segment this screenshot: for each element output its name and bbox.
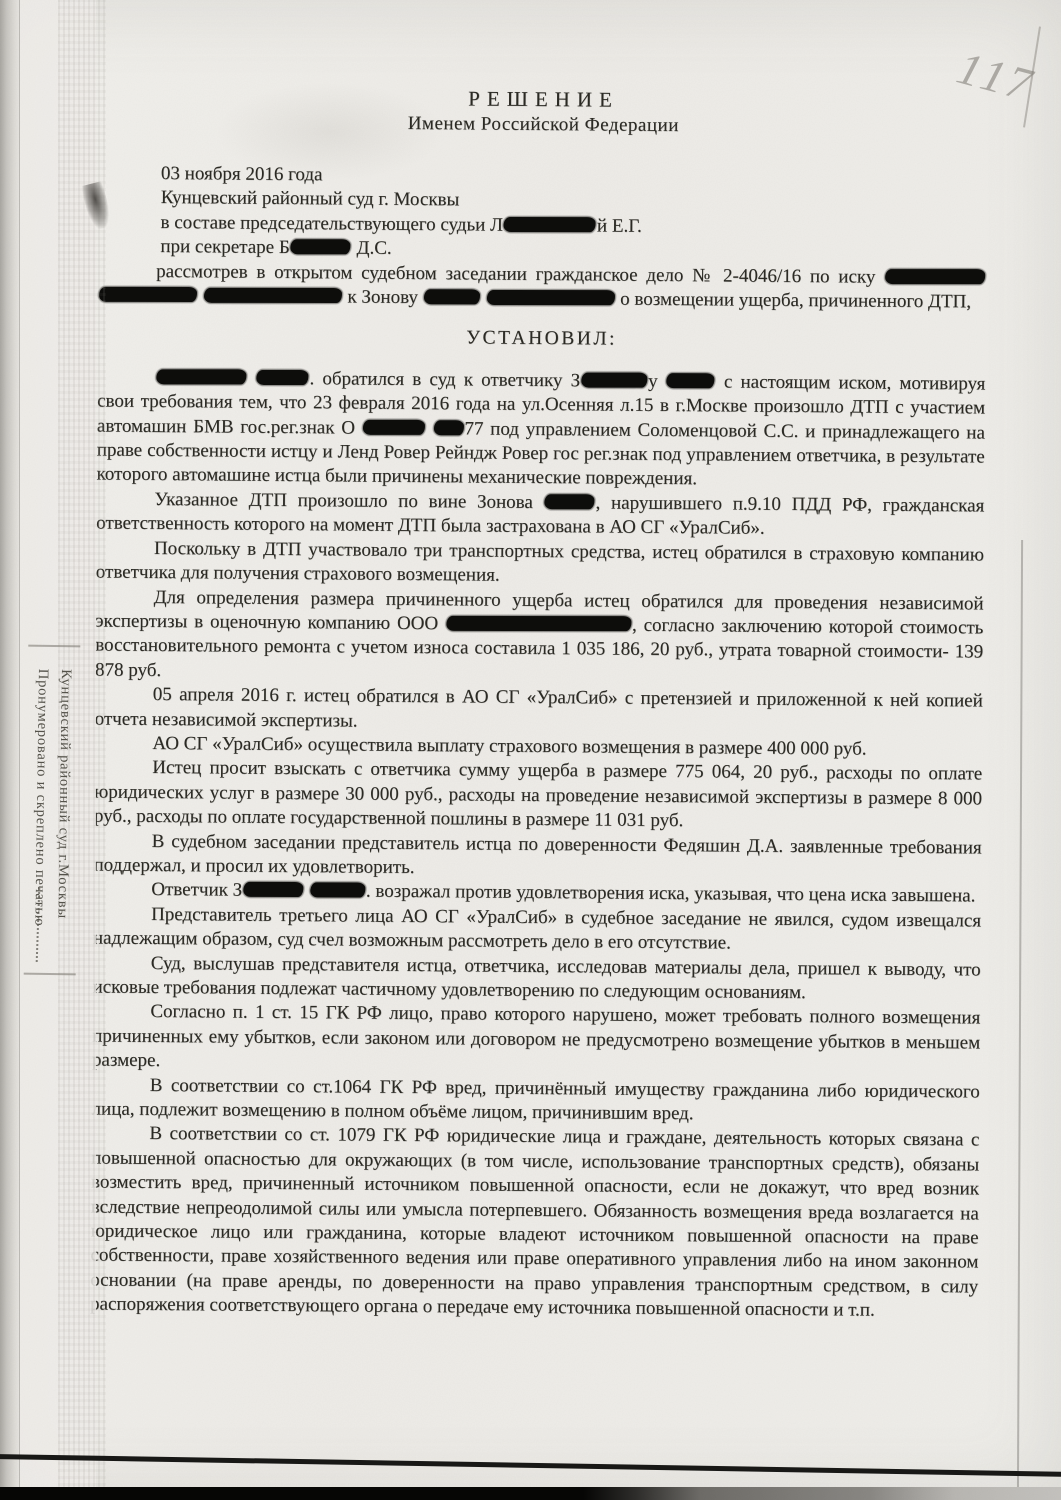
redaction-bar bbox=[504, 217, 596, 232]
redaction-bar bbox=[156, 369, 246, 384]
redaction-bar bbox=[291, 239, 351, 254]
document-content: РЕШЕНИЕ Именем Российской Федерации 03 н… bbox=[90, 0, 988, 1324]
body-paragraph: Поскольку в ДТП участвовало три транспор… bbox=[96, 536, 984, 592]
redaction-bar bbox=[433, 420, 463, 435]
decision-subtitle: Именем Российской Федерации bbox=[99, 109, 987, 142]
case-intro: 03 ноября 2016 года Кунцевский районный … bbox=[98, 162, 987, 315]
section-heading-ustanovil: УСТАНОВИЛ: bbox=[98, 324, 986, 355]
body-paragraph: В соответствии со ст.1064 ГК РФ вред, пр… bbox=[91, 1073, 979, 1129]
body-paragraph: В судебном заседании представитель истца… bbox=[93, 829, 981, 885]
redaction-bar bbox=[446, 616, 631, 631]
body-paragraph: 05 апреля 2016 г. истец обратился в АО С… bbox=[95, 683, 983, 739]
redaction-bar bbox=[424, 289, 480, 304]
redaction-bar bbox=[885, 269, 985, 284]
body-paragraph: Для определения размера причиненного уще… bbox=[95, 585, 984, 690]
redaction-bar bbox=[581, 372, 647, 387]
redaction-bar bbox=[486, 290, 614, 305]
body-paragraph: Указанное ДТП произошло по вине Зонова ,… bbox=[96, 487, 984, 543]
redaction-bar bbox=[545, 494, 595, 509]
scanner-edge-line bbox=[0, 1454, 1061, 1476]
redaction-bar bbox=[204, 288, 342, 303]
body-paragraph: Представитель третьего лица АО СГ «УралС… bbox=[93, 902, 981, 958]
scanned-court-decision-page: РЕШЕНИЕ Именем Российской Федерации 03 н… bbox=[0, 0, 1061, 1500]
intro-case-paragraph: рассмотрев в открытом судебном заседании… bbox=[98, 259, 986, 315]
scanner-bottom-band bbox=[0, 1487, 1061, 1500]
body-paragraph: Согласно п. 1 ст. 15 ГК РФ лицо, право к… bbox=[92, 1000, 981, 1080]
stamp-numbered-sealed: Пронумеровано и скреплено печатью bbox=[27, 669, 54, 963]
redaction-bar bbox=[667, 373, 715, 388]
body-paragraph: . обратился в суд к ответчику Зу с насто… bbox=[96, 365, 985, 494]
body-paragraph: Суд, выслушав представителя истца, ответ… bbox=[92, 951, 980, 1007]
paper-right-edge bbox=[1017, 540, 1023, 1500]
body-paragraph: Истец просит взыскать с ответчика сумму … bbox=[94, 756, 983, 836]
scanner-left-edge bbox=[0, 0, 20, 1500]
binder-stamp: Кунцевский районный суд г.Москвы Пронуме… bbox=[24, 645, 81, 976]
redaction-bar bbox=[363, 419, 425, 434]
redaction-bar bbox=[257, 370, 309, 385]
body-paragraph: В соответствии со ст. 1079 ГК РФ юридиче… bbox=[90, 1122, 980, 1324]
redaction-bar bbox=[99, 287, 197, 302]
stamp-court-name: Кунцевский районный суд г.Москвы bbox=[50, 669, 77, 963]
redaction-bar bbox=[310, 883, 365, 898]
redaction-bar bbox=[243, 882, 303, 897]
